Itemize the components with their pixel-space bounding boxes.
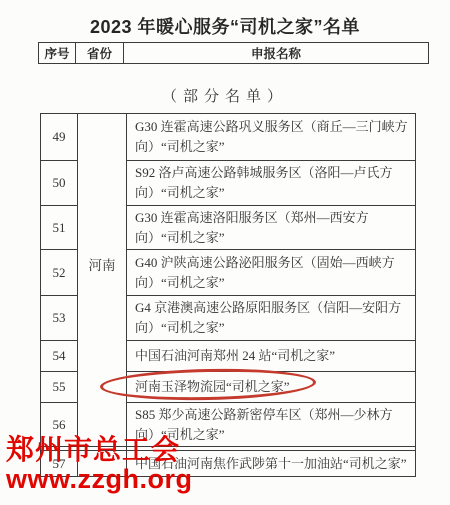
column-header-name: 申报名称 bbox=[124, 43, 428, 63]
partial-list-note: （部分名单） bbox=[0, 85, 450, 106]
row-number: 54 bbox=[41, 341, 78, 372]
row-number: 52 bbox=[41, 250, 78, 296]
row-number: 51 bbox=[41, 206, 78, 250]
roster-table: 河南 49G30 连霍高速公路巩义服务区（商丘—三门峡方向）“司机之家”50S9… bbox=[40, 113, 416, 477]
row-name: S92 洛卢高速公路韩城服务区（洛阳—卢氏方向）“司机之家” bbox=[127, 161, 415, 206]
row-name: G4 京港澳高速公路原阳服务区（信阳—安阳方向）“司机之家” bbox=[127, 296, 415, 341]
watermark-org-name: 郑州市总工会 bbox=[6, 435, 192, 465]
row-name: G30 连霍高速公路巩义服务区（商丘—三门峡方向）“司机之家” bbox=[127, 114, 415, 161]
row-number: 49 bbox=[41, 114, 78, 161]
row-number: 55 bbox=[41, 372, 78, 403]
row-name: G40 沪陕高速公路泌阳服务区（固始—西峡方向）“司机之家” bbox=[127, 250, 415, 296]
column-header-province: 省份 bbox=[76, 43, 124, 63]
province-cell: 河南 bbox=[78, 114, 127, 447]
document-page: { "title": "2023 年暖心服务“司机之家”名单", "subtit… bbox=[0, 0, 450, 505]
row-name-highlighted: 河南玉泽物流园“司机之家” bbox=[127, 372, 415, 403]
row-number: 50 bbox=[41, 161, 78, 206]
column-header-no: 序号 bbox=[39, 43, 76, 63]
page-title: 2023 年暖心服务“司机之家”名单 bbox=[0, 13, 450, 39]
row-name: 中国石油河南郑州 24 站“司机之家” bbox=[127, 341, 415, 372]
watermark: 郑州市总工会 www.zzgh.org bbox=[6, 435, 192, 494]
watermark-url: www.zzgh.org bbox=[6, 465, 192, 494]
roster-header-table: 序号 省份 申报名称 bbox=[38, 42, 429, 64]
row-number: 53 bbox=[41, 296, 78, 341]
row-name: G30 连霍高速洛阳服务区（郑州—西安方向）“司机之家” bbox=[127, 206, 415, 250]
